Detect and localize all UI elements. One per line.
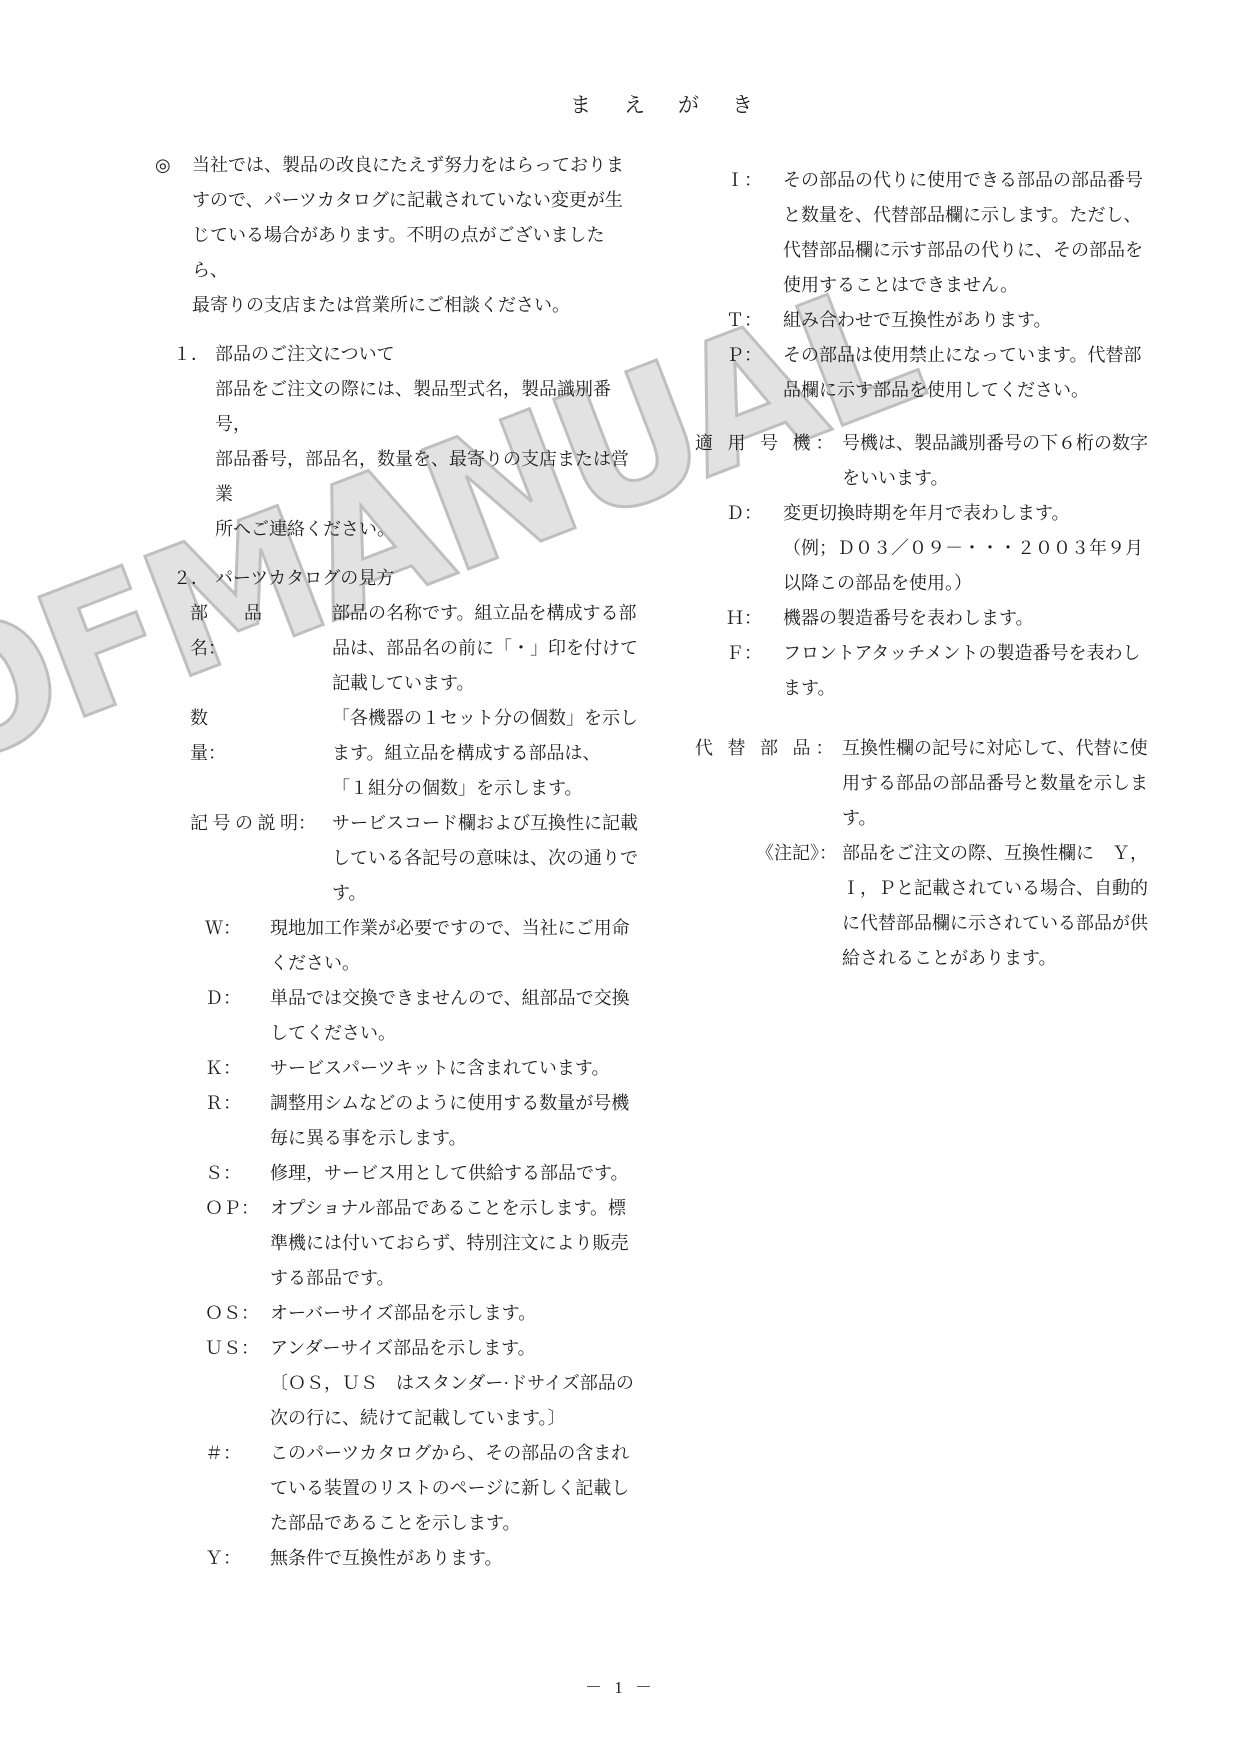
symbol-text: オーバーサイズ部品を示します。 <box>270 1296 640 1331</box>
section-2-number: ２． <box>155 561 215 596</box>
spacer <box>630 408 1205 426</box>
symbol-text: 現地加工作業が必要ですので、当社にご用命 ください。 <box>270 911 640 981</box>
symbol-text: 無条件で互換性があります。 <box>270 1541 640 1576</box>
symbol-code: Ｄ： <box>205 981 270 1051</box>
symbol-code: Ｆ： <box>726 636 783 706</box>
section-1-heading: １． 部品のご注文について <box>155 337 640 372</box>
symbol-text: 調整用シムなどのように使用する数量が号機 毎に異る事を示します。 <box>270 1086 640 1156</box>
symbol-code: Ｒ： <box>205 1086 270 1156</box>
definition-text: 号機は、製品識別番号の下６桁の数字 をいいます。 <box>842 426 1205 496</box>
symbol-text: 組み合わせで互換性があります。 <box>783 303 1205 338</box>
symbol-code: Ｉ： <box>726 163 783 303</box>
symbol-row-d: Ｄ： 単品では交換できませんので、組部品で交換 してください。 <box>155 981 640 1051</box>
left-column: ◎ 当社では、製品の改良にたえず努力をはらっておりま すので、パーツカタログに記… <box>155 148 640 1576</box>
section-1-number: １． <box>155 337 215 372</box>
page-title: ま え が き <box>570 88 759 123</box>
symbol-text: このパーツカタログから、その部品の含まれ ている装置のリストのページに新しく記載… <box>270 1436 640 1541</box>
symbol-row-h: Ｈ： 機器の製造番号を表わします。 <box>630 601 1205 636</box>
symbol-text: 単品では交換できませんので、組部品で交換 してください。 <box>270 981 640 1051</box>
spacer <box>630 706 1205 731</box>
section-2-title: パーツカタログの見方 <box>215 561 394 596</box>
symbol-row-i: Ｉ： その部品の代りに使用できる部品の部品番号 と数量を、代替部品欄に示します。… <box>630 163 1205 303</box>
symbol-code: ＃： <box>205 1436 270 1541</box>
symbol-row-p: Ｐ： その部品は使用禁止になっています。代替部 品欄に示す部品を使用してください… <box>630 338 1205 408</box>
definition-label: 適 用 号 機： <box>695 426 842 496</box>
definition-text: 互換性欄の記号に対応して、代替に使 用する部品の部品番号と数量を示しま す。 <box>842 731 1205 836</box>
symbol-code: Ｋ： <box>205 1051 270 1086</box>
definition-quantity: 数 量： 「各機器の１セット分の個数」を示し ます。組立品を構成する部品は、 「… <box>155 701 640 806</box>
symbol-row-t: Ｔ： 組み合わせで互換性があります。 <box>630 303 1205 338</box>
symbol-row-k: Ｋ： サービスパーツキットに含まれています。 <box>155 1051 640 1086</box>
symbol-code: Ｈ： <box>726 601 783 636</box>
section-1-title: 部品のご注文について <box>215 337 395 372</box>
symbol-code: Ｔ： <box>726 303 783 338</box>
symbol-row-d2: Ｄ： 変更切換時期を年月で表わします。 （例；Ｄ０３／０９－・・・２００３年９月… <box>630 496 1205 601</box>
symbol-code: ＯＳ： <box>205 1296 270 1331</box>
symbol-row-op: ＯＰ： オプショナル部品であることを示します。標 準機には付いておらず、特別注文… <box>155 1191 640 1296</box>
definition-label: 記 号 の 説 明： <box>190 806 332 911</box>
symbol-text: フロントアタッチメントの製造番号を表わし ます。 <box>783 636 1205 706</box>
definition-label: 代 替 部 品： <box>695 731 842 836</box>
symbol-code: Ｓ： <box>205 1156 270 1191</box>
definition-text: サービスコード欄および互換性に記載 している各記号の意味は、次の通りで す。 <box>332 806 640 911</box>
right-column: Ｉ： その部品の代りに使用できる部品の部品番号 と数量を、代替部品欄に示します。… <box>630 163 1205 976</box>
symbol-code: ＯＰ： <box>205 1191 270 1296</box>
definition-part-name: 部 品 名： 部品の名称です。組立品を構成する部 品は、部品名の前に「・」印を付… <box>155 596 640 701</box>
symbol-text: アンダーサイズ部品を示します。 〔ＯＳ，ＵＳ はスタンダー·ドサイズ部品の 次の… <box>270 1331 640 1436</box>
symbol-text: 機器の製造番号を表わします。 <box>783 601 1205 636</box>
intro-paragraph: ◎ 当社では、製品の改良にたえず努力をはらっておりま すので、パーツカタログに記… <box>155 148 640 323</box>
symbol-row-hash: ＃： このパーツカタログから、その部品の含まれ ている装置のリストのページに新し… <box>155 1436 640 1541</box>
symbol-text: 変更切換時期を年月で表わします。 （例；Ｄ０３／０９－・・・２００３年９月 以降… <box>783 496 1205 601</box>
symbol-code: ＵＳ： <box>205 1331 270 1436</box>
symbol-code: Ｙ： <box>205 1541 270 1576</box>
intro-text: 当社では、製品の改良にたえず努力をはらっておりま すので、パーツカタログに記載さ… <box>192 148 640 323</box>
symbol-text: その部品の代りに使用できる部品の部品番号 と数量を、代替部品欄に示します。ただし… <box>783 163 1205 303</box>
section-1-body: 部品をご注文の際には、製品型式名，製品識別番号， 部品番号，部品名，数量を、最寄… <box>215 372 640 547</box>
symbol-row-f: Ｆ： フロントアタッチメントの製造番号を表わし ます。 <box>630 636 1205 706</box>
definition-label: 数 量： <box>190 701 332 806</box>
intro-bullet-marker: ◎ <box>155 148 192 323</box>
symbol-row-us: ＵＳ： アンダーサイズ部品を示します。 〔ＯＳ，ＵＳ はスタンダー·ドサイズ部品… <box>155 1331 640 1436</box>
symbol-text: オプショナル部品であることを示します。標 準機には付いておらず、特別注文により販… <box>270 1191 640 1296</box>
symbol-row-os: ＯＳ： オーバーサイズ部品を示します。 <box>155 1296 640 1331</box>
page-number: － 1 － <box>0 1670 1241 1705</box>
note-text: 部品をご注文の際、互換性欄に Ｙ， Ｉ，Ｐと記載されている場合、自動的 に代替部… <box>842 836 1205 976</box>
symbol-code: Ｐ： <box>726 338 783 408</box>
definition-applicable-machines: 適 用 号 機： 号機は、製品識別番号の下６桁の数字 をいいます。 <box>630 426 1205 496</box>
symbol-text: サービスパーツキットに含まれています。 <box>270 1051 640 1086</box>
note-paragraph: 《注記》： 部品をご注文の際、互換性欄に Ｙ， Ｉ，Ｐと記載されている場合、自動… <box>630 836 1205 976</box>
symbol-text: 修理，サービス用として供給する部品です。 <box>270 1156 640 1191</box>
symbol-row-y: Ｙ： 無条件で互換性があります。 <box>155 1541 640 1576</box>
symbol-row-s: Ｓ： 修理，サービス用として供給する部品です。 <box>155 1156 640 1191</box>
preface-page: OFMANUAL ま え が き ◎ 当社では、製品の改良にたえず努力をはらって… <box>0 0 1241 1754</box>
symbol-code: Ｗ： <box>205 911 270 981</box>
definition-alternative-parts: 代 替 部 品： 互換性欄の記号に対応して、代替に使 用する部品の部品番号と数量… <box>630 731 1205 836</box>
section-2-heading: ２． パーツカタログの見方 <box>155 561 640 596</box>
symbol-row-r: Ｒ： 調整用シムなどのように使用する数量が号機 毎に異る事を示します。 <box>155 1086 640 1156</box>
symbol-row-w: Ｗ： 現地加工作業が必要ですので、当社にご用命 ください。 <box>155 911 640 981</box>
definition-text: 「各機器の１セット分の個数」を示し ます。組立品を構成する部品は、 「１組分の個… <box>332 701 640 806</box>
definition-text: 部品の名称です。組立品を構成する部 品は、部品名の前に「・」印を付けて 記載して… <box>332 596 640 701</box>
symbol-text: その部品は使用禁止になっています。代替部 品欄に示す部品を使用してください。 <box>783 338 1205 408</box>
definition-label: 部 品 名： <box>190 596 332 701</box>
note-label: 《注記》： <box>756 836 842 976</box>
symbol-code: Ｄ： <box>726 496 783 601</box>
definition-symbols-heading: 記 号 の 説 明： サービスコード欄および互換性に記載 している各記号の意味は… <box>155 806 640 911</box>
